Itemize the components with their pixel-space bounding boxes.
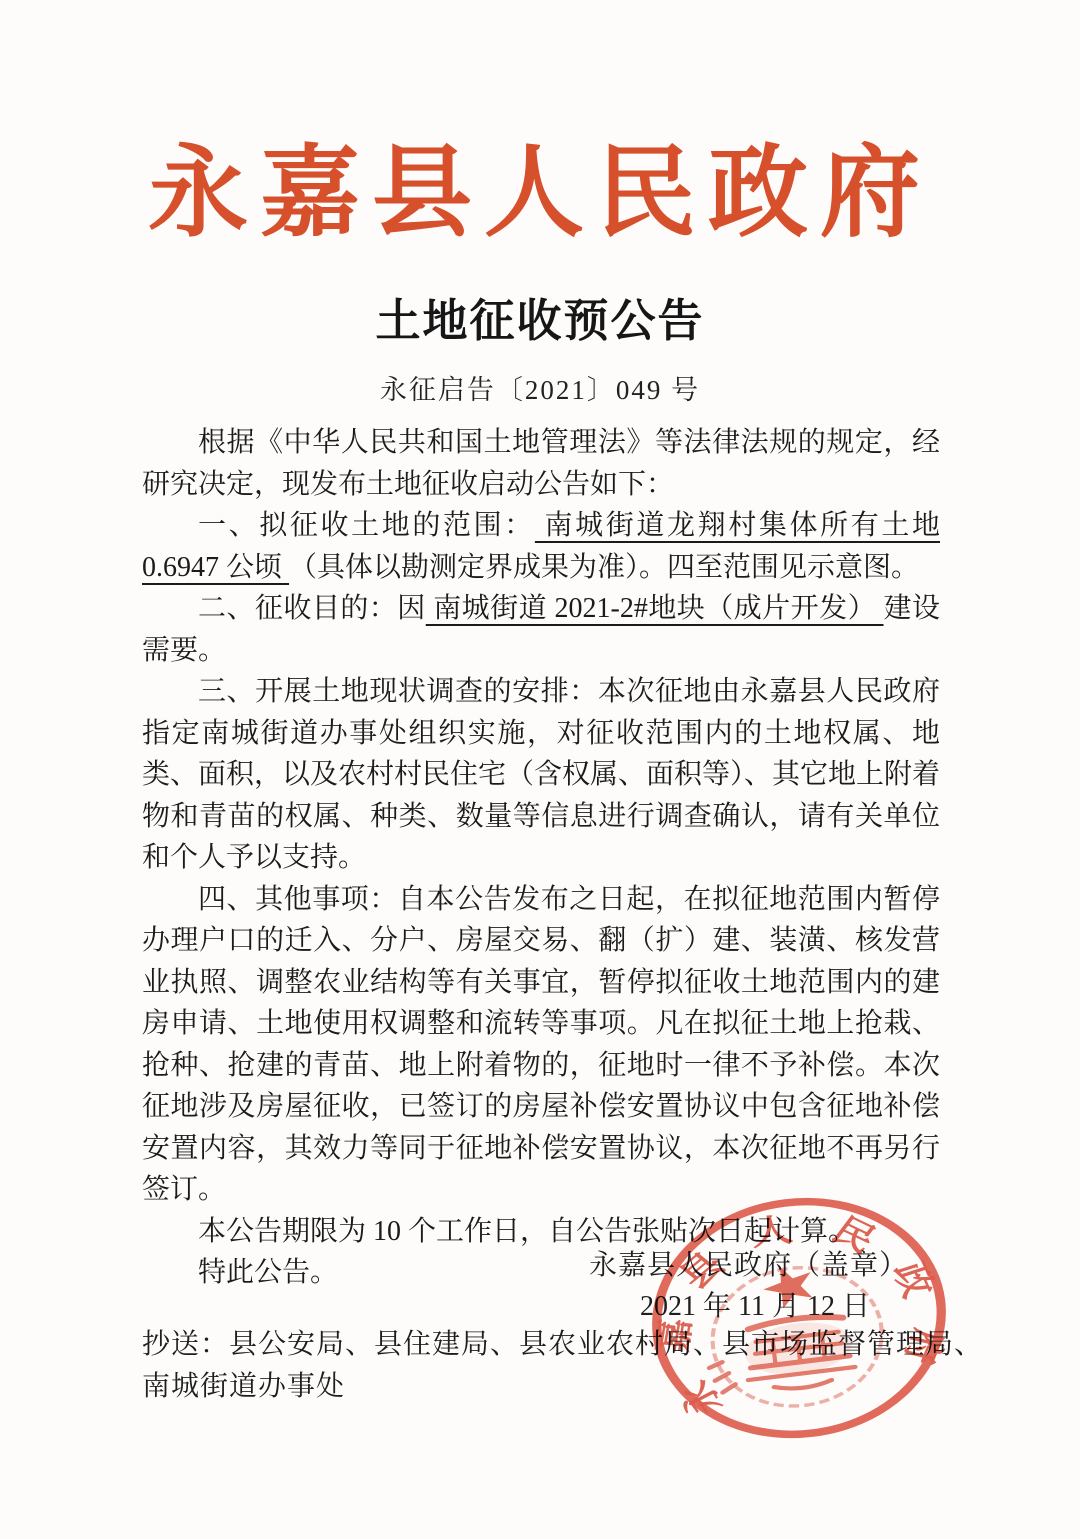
- underlined-text-run: 南城街道 2021-2#地块（成片开发）: [426, 593, 884, 624]
- document-title: 土地征收预公告: [0, 284, 1080, 349]
- text-run: 根据《中华人民共和国土地管理法》等法律法规的规定，经研究决定，现发布土地征收启动…: [142, 427, 940, 500]
- paragraph: 三、开展土地现状调查的安排：本次征地由永嘉县人民政府指定南城街道办事处组织实施，…: [142, 671, 940, 879]
- text-run: （具体以勘测定界成果为准）。四至范围见示意图。: [289, 552, 919, 583]
- text-run: 四、其他事项：自本公告发布之日起，在拟征地范围内暂停办理户口的迁入、分户、房屋交…: [142, 884, 940, 1206]
- cc-recipients-line2: 南城街道办事处: [142, 1364, 345, 1404]
- paragraph: 一、拟征收土地的范围： 南城街道龙翔村集体所有土地 0.6947 公顷 （具体以…: [142, 505, 940, 588]
- text-run: 特此公告。: [198, 1257, 338, 1288]
- text-run: 三、开展土地现状调查的安排：本次征地由永嘉县人民政府指定南城街道办事处组织实施，…: [142, 676, 940, 873]
- text-run: 二、征收目的：因: [198, 593, 426, 624]
- document-page: 永嘉县人民政府 土地征收预公告 永征启告〔2021〕049 号 根据《中华人民共…: [0, 0, 1080, 1539]
- paragraph: 二、征收目的：因 南城街道 2021-2#地块（成片开发） 建设需要。: [142, 588, 940, 671]
- official-seal-stamp: 永嘉县人民政府: [630, 1174, 968, 1462]
- letterhead-agency-name: 永嘉县人民政府: [0, 112, 1080, 256]
- document-number: 永征启告〔2021〕049 号: [0, 368, 1080, 407]
- paragraph: 四、其他事项：自本公告发布之日起，在拟征地范围内暂停办理户口的迁入、分户、房屋交…: [142, 879, 940, 1211]
- seal-text: 永嘉县人民政府: [635, 1193, 962, 1427]
- document-body: 根据《中华人民共和国土地管理法》等法律法规的规定，经研究决定，现发布土地征收启动…: [142, 422, 940, 1294]
- paragraph: 根据《中华人民共和国土地管理法》等法律法规的规定，经研究决定，现发布土地征收启动…: [142, 422, 940, 505]
- seal-star-icon: [756, 1258, 821, 1311]
- text-run: 一、拟征收土地的范围：: [198, 510, 535, 541]
- svg-text:永嘉县人民政府: 永嘉县人民政府: [635, 1193, 962, 1427]
